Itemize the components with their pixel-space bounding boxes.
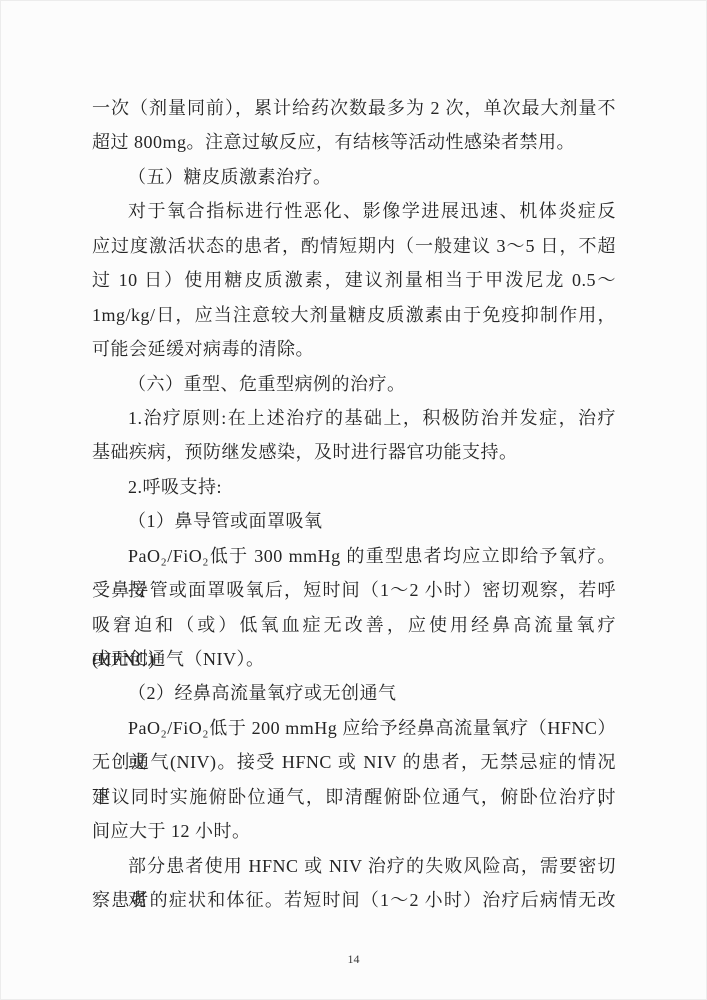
text-line: （2）经鼻高流量氧疗或无创通气 bbox=[92, 676, 616, 710]
text-line: 部分患者使用 HFNC 或 NIV 治疗的失败风险高，需要密切观 bbox=[92, 849, 616, 883]
text-line: 一次（剂量同前），累计给药次数最多为 2 次，单次最大剂量不 bbox=[92, 91, 616, 125]
text-line: 吸窘迫和（或）低氧血症无改善，应使用经鼻高流量氧疗(HFNC) bbox=[92, 608, 616, 642]
text-line: 2.呼吸支持: bbox=[92, 470, 616, 504]
text-line: 超过 800mg。注意过敏反应，有结核等活动性感染者禁用。 bbox=[92, 125, 616, 159]
text-line: 对于氧合指标进行性恶化、影像学进展迅速、机体炎症反 bbox=[92, 194, 616, 228]
text-line: 应过度激活状态的患者，酌情短期内（一般建议 3～5 日，不超 bbox=[92, 229, 616, 263]
text-line: 建议同时实施俯卧位通气，即清醒俯卧位通气，俯卧位治疗时 bbox=[92, 780, 616, 814]
text-line: 或无创通气（NIV）。 bbox=[92, 642, 616, 676]
text-line: （1）鼻导管或面罩吸氧 bbox=[92, 504, 616, 538]
document-page: 一次（剂量同前），累计给药次数最多为 2 次，单次最大剂量不超过 800mg。注… bbox=[0, 0, 707, 1000]
text-line: PaO₂/FiO₂低于 300 mmHg 的重型患者均应立即给予氧疗。接 bbox=[92, 539, 616, 573]
text-line: 可能会延缓对病毒的清除。 bbox=[92, 332, 616, 366]
text-line: 察患者的症状和体征。若短时间（1～2 小时）治疗后病情无改 bbox=[92, 883, 616, 917]
text-line: 1.治疗原则:在上述治疗的基础上，积极防治并发症，治疗 bbox=[92, 401, 616, 435]
text-line: （五）糖皮质激素治疗。 bbox=[92, 160, 616, 194]
text-line: 基础疾病，预防继发感染，及时进行器官功能支持。 bbox=[92, 435, 616, 469]
text-line: PaO₂/FiO₂低于 200 mmHg 应给予经鼻高流量氧疗（HFNC）或 bbox=[92, 711, 616, 745]
text-line: 过 10 日）使用糖皮质激素，建议剂量相当于甲泼尼龙 0.5～ bbox=[92, 263, 616, 297]
text-line: 受鼻导管或面罩吸氧后，短时间（1～2 小时）密切观察，若呼 bbox=[92, 573, 616, 607]
text-line: 1mg/kg/日，应当注意较大剂量糖皮质激素由于免疫抑制作用， bbox=[92, 298, 616, 332]
text-line: （六）重型、危重型病例的治疗。 bbox=[92, 367, 616, 401]
page-number: 14 bbox=[0, 952, 707, 967]
page-body: 一次（剂量同前），累计给药次数最多为 2 次，单次最大剂量不超过 800mg。注… bbox=[92, 91, 616, 918]
text-line: 间应大于 12 小时。 bbox=[92, 814, 616, 848]
text-line: 无创通气(NIV)。接受 HFNC 或 NIV 的患者，无禁忌症的情况下， bbox=[92, 745, 616, 779]
